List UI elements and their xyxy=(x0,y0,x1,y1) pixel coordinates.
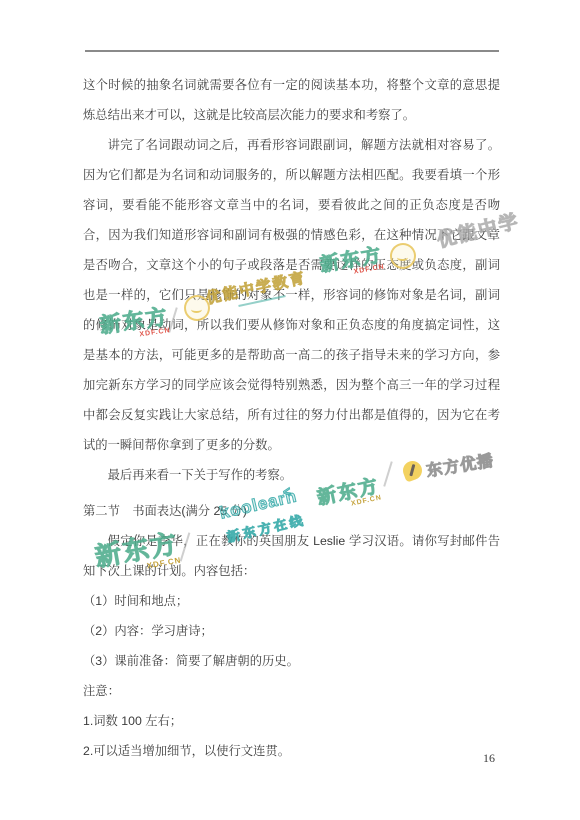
note-item: 2.可以适当增加细节，以使行文连贯。 xyxy=(83,736,500,766)
section-heading: 第二节 书面表达(满分 25 分) xyxy=(83,496,500,526)
document-content: 这个时候的抽象名词就需要各位有一定的阅读基本功，将整个文章的意思提炼总结出来才可… xyxy=(83,70,500,766)
youneng-coin-icon xyxy=(390,243,416,269)
body-paragraph: 讲完了名词跟动词之后，再看形容词跟副词，解题方法就相对容易了。因为它们都是为名词… xyxy=(83,130,500,460)
note-item: 1.词数 100 左右； xyxy=(83,706,500,736)
task-intro-paragraph: 假定你是李华，正在教你的英国朋友 Leslie 学习汉语。请你写封邮件告知下次上… xyxy=(83,526,500,586)
page-number: 16 xyxy=(483,751,495,766)
list-item: （3）课前准备：简要了解唐朝的历史。 xyxy=(83,646,500,676)
youneng-coin-icon xyxy=(184,295,210,321)
list-item: （1）时间和地点； xyxy=(83,586,500,616)
notes-label: 注意： xyxy=(83,676,500,706)
body-paragraph: 这个时候的抽象名词就需要各位有一定的阅读基本功，将整个文章的意思提炼总结出来才可… xyxy=(83,70,500,130)
header-rule xyxy=(85,50,499,52)
list-item: （2）内容：学习唐诗； xyxy=(83,616,500,646)
document-page: 这个时候的抽象名词就需要各位有一定的阅读基本功，将整个文章的意思提炼总结出来才可… xyxy=(0,0,580,820)
body-paragraph: 最后再来看一下关于写作的考察。 xyxy=(83,460,500,490)
